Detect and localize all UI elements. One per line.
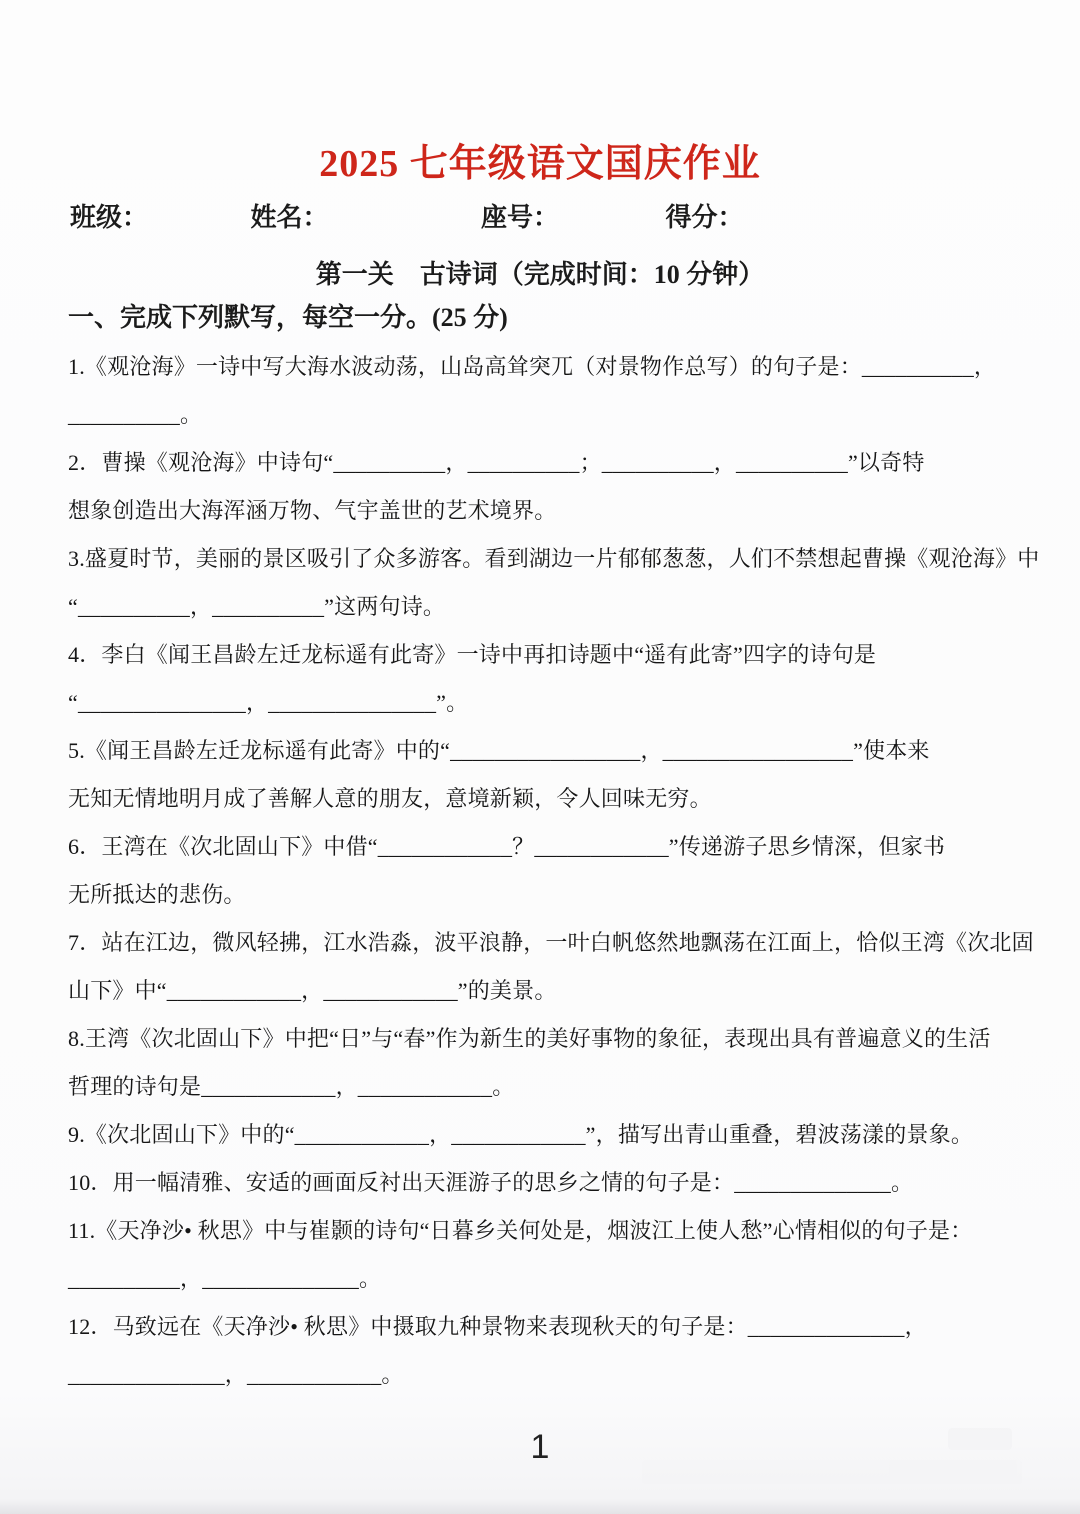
question-8-line-2: 哲理的诗句是____________，____________。 — [68, 1063, 1040, 1111]
question-2-line-1: 2．曹操《观沧海》中诗句“__________，__________；_____… — [68, 439, 1040, 487]
question-1-line-1: 1.《观沧海》一诗中写大海水波动荡，山岛高耸突兀（对景物作总写）的句子是：___… — [68, 343, 1040, 391]
watermark-logo — [948, 1428, 1012, 1450]
question-4-line-2: “_______________，_______________”。 — [68, 679, 1040, 727]
watermark-text-blur — [642, 1460, 1022, 1484]
question-7-line-1: 7．站在江边，微风轻拂，江水浩淼，波平浪静，一叶白帆悠然地飘荡在江面上，恰似王湾… — [68, 919, 1040, 967]
question-5-line-1: 5.《闻王昌龄左迁龙标遥有此寄》中的“_________________，___… — [68, 727, 1040, 775]
question-6-line-1: 6．王湾在《次北固山下》中借“____________？____________… — [68, 823, 1040, 871]
watermark — [632, 1428, 1022, 1486]
question-10-line-1: 10．用一幅清雅、安适的画面反衬出天涯游子的思乡之情的句子是：_________… — [68, 1159, 1040, 1207]
worksheet-page: 2025 七年级语文国庆作业 班级： 姓名： 座号： 得分： 第一关 古诗词（完… — [0, 0, 1080, 1514]
question-8-line-1: 8.王湾《次北固山下》中把“日”与“春”作为新生的美好事物的象征，表现出具有普遍… — [68, 1015, 1040, 1063]
class-label: 班级： — [70, 197, 148, 234]
question-12-line-2: ______________，____________。 — [68, 1351, 1040, 1399]
question-5-line-2: 无知无情地明月成了善解人意的朋友，意境新颖，令人回味无穷。 — [68, 775, 1040, 823]
question-12-line-1: 12．马致远在《天净沙• 秋思》中摄取九种景物来表现秋天的句子是：_______… — [68, 1303, 1040, 1351]
question-11-line-1: 11.《天净沙• 秋思》中与崔颢的诗句“日暮乡关何处是，烟波江上使人愁”心情相似… — [68, 1207, 1040, 1255]
score-label: 得分： — [666, 197, 744, 234]
name-label: 姓名： — [251, 197, 329, 234]
question-3-line-2: “__________，__________”这两句诗。 — [68, 583, 1040, 631]
question-4-line-1: 4．李白《闻王昌龄左迁龙标遥有此寄》一诗中再扣诗题中“遥有此寄”四字的诗句是 — [68, 631, 1040, 679]
question-11-line-2: __________，______________。 — [68, 1255, 1040, 1303]
page-title: 2025 七年级语文国庆作业 — [0, 0, 1080, 187]
question-2-line-2: 想象创造出大海浑涵万物、气宇盖世的艺术境界。 — [68, 487, 1040, 535]
seat-number-label: 座号： — [481, 197, 559, 234]
question-7-line-2: 山下》中“____________，____________”的美景。 — [68, 967, 1040, 1015]
info-row: 班级： 姓名： 座号： 得分： — [0, 197, 1080, 234]
question-3-line-1: 3.盛夏时节，美丽的景区吸引了众多游客。看到湖边一片郁郁葱葱，人们不禁想起曹操《… — [68, 535, 1040, 583]
question-9-line-1: 9.《次北固山下》中的“____________，____________”，描… — [68, 1111, 1040, 1159]
questions-list: 1.《观沧海》一诗中写大海水波动荡，山岛高耸突兀（对景物作总写）的句子是：___… — [0, 343, 1080, 1399]
section-instruction: 一、完成下列默写，每空一分。(25 分) — [0, 297, 1080, 334]
question-1-line-2: __________。 — [68, 391, 1040, 439]
question-6-line-2: 无所抵达的悲伤。 — [68, 871, 1040, 919]
section-heading: 第一关 古诗词（完成时间：10 分钟） — [0, 254, 1080, 291]
